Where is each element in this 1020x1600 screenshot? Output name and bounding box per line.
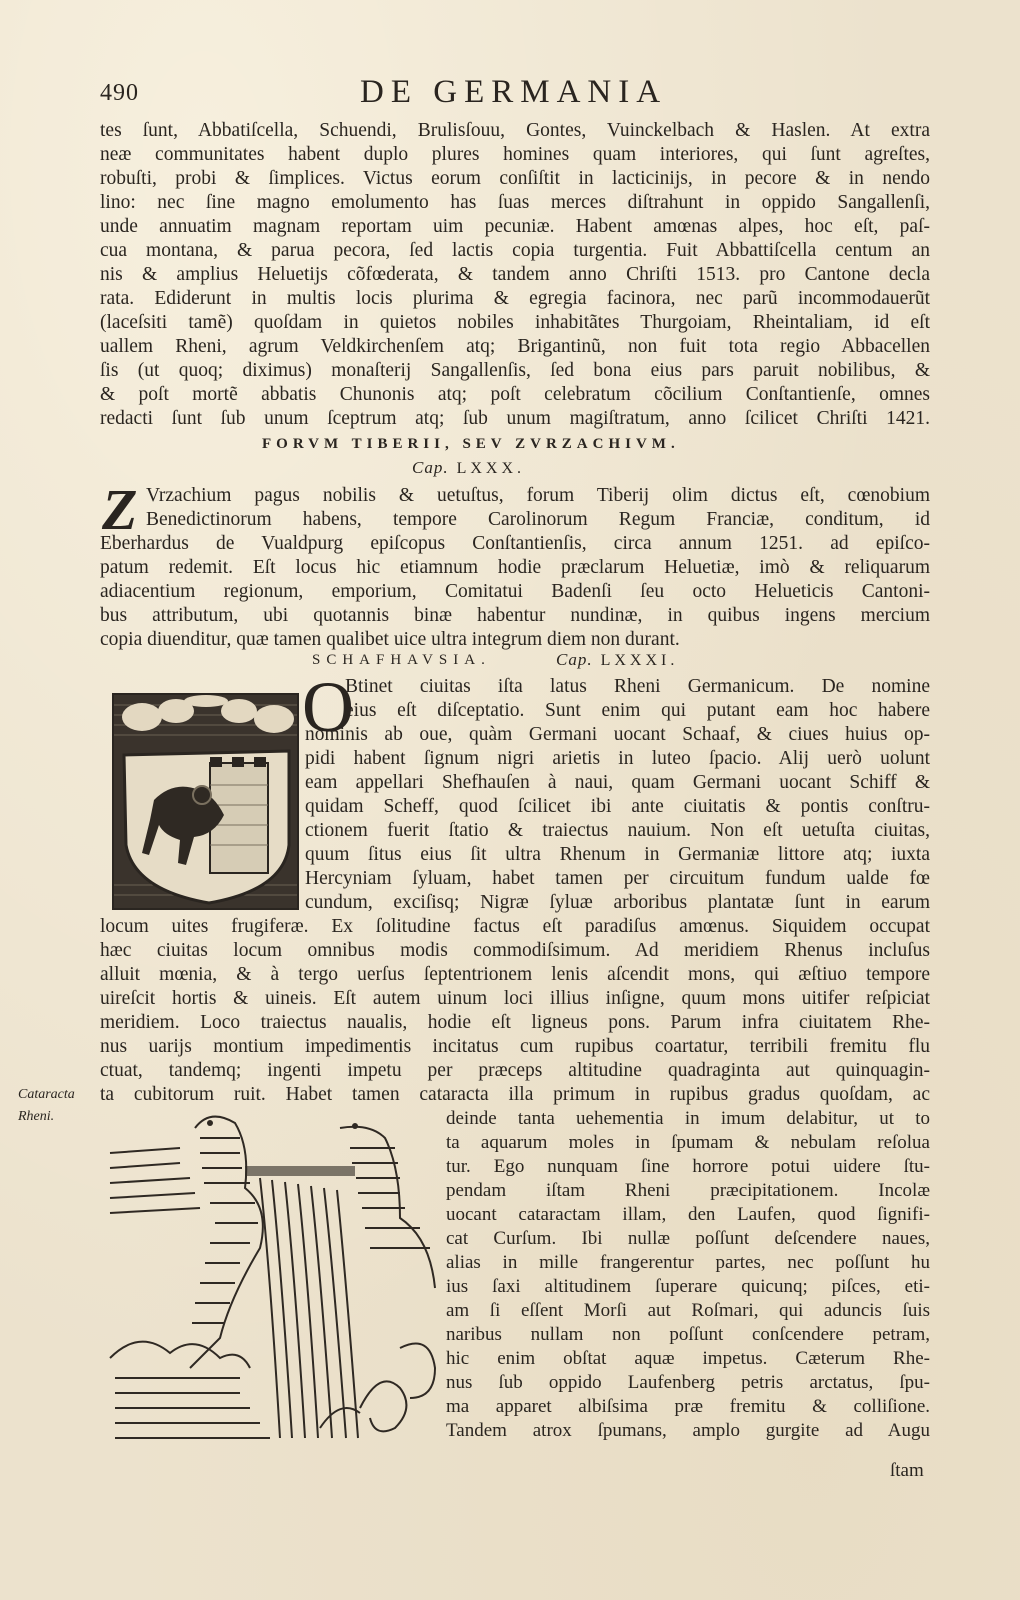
text-line: locum uites frugiferæ. Ex ſolitudine fac… (100, 915, 930, 939)
cap-number: LXXXI. (601, 652, 679, 669)
page-number: 490 (100, 80, 139, 107)
text-line: Tandem atrox ſpumans, amplo gurgite ad A… (446, 1419, 930, 1443)
text-line: copia diuenditur, quæ tamen qualibet uic… (100, 628, 930, 652)
text-line: lino: nec ſine magno emolumento has ſuas… (100, 191, 930, 215)
cap-label: Cap. (412, 458, 449, 477)
text-line: robuſti, probi & ſimplices. Victus eorum… (100, 167, 930, 191)
text-line: (laceſsiti tamẽ) quoſdam in quietos nobi… (100, 311, 930, 335)
text-line: pendam iſtam Rheni præcipitationem. Inco… (446, 1179, 930, 1203)
text-line: hæc ciuitas locum omnibus modis commodiſ… (100, 939, 930, 963)
marginal-note-line: Rheni. (18, 1108, 75, 1126)
text-line: & poſt mortẽ abbatis Chunonis atq; poſt … (100, 383, 930, 407)
text-line: ctuat, tandemq; ingenti impetu per præce… (100, 1059, 930, 1083)
running-head: 490 DE GERMANIA (100, 74, 930, 114)
text-line: eius eſt diſceptatio. Sunt enim qui puta… (345, 699, 930, 723)
book-page: 490 DE GERMANIA tes ſunt, Abbatiſcella, … (0, 0, 1020, 1600)
text-line: quum ſitus eius ſit ultra Rhenum in Germ… (305, 843, 930, 867)
text-line: ſis (ut quoq; diximus) monaſterij Sangal… (100, 359, 930, 383)
text-line: tur. Ego nunquam ſine horrore potui uide… (446, 1155, 930, 1179)
chapter-label: Cap. LXXXI. (556, 650, 678, 670)
rhine-falls-icon (100, 1108, 440, 1450)
text-line: unde annuatim magnam reportam uim pecuni… (100, 215, 930, 239)
text-line: tes ſunt, Abbatiſcella, Schuendi, Brulis… (100, 119, 930, 143)
text-line: redacti ſunt ſub unum ſceptrum atq; ſub … (100, 407, 930, 431)
text-line: alias in mille frangerentur partes, nec … (446, 1251, 930, 1275)
catchword: ſtam (890, 1460, 924, 1482)
text-line: nus uarijs montium impedimentis incitatu… (100, 1035, 930, 1059)
text-line: meridiem. Loco traiectus naualis, hodie … (100, 1011, 930, 1035)
chapter-label: Cap. LXXX. (412, 458, 525, 478)
text-line: ta cubitorum ruit. Habet tamen cataracta… (100, 1083, 930, 1107)
drop-initial-z: Z (102, 487, 144, 533)
text-line: ta aquarum moles in ſpumam & nebulam reſ… (446, 1131, 930, 1155)
text-line: uireſcit hortis & uineis. Eſt autem uinu… (100, 987, 930, 1011)
text-line: uocant cataractam illam, den Laufen, quo… (446, 1203, 930, 1227)
text-line: neæ communitates habent duplo plures hom… (100, 143, 930, 167)
cap-number: LXXX. (457, 460, 525, 477)
text-line: Vrzachium pagus nobilis & uetuſtus, foru… (146, 484, 930, 508)
text-line: eam appellari Shefhauſen à naui, quam Ge… (305, 771, 930, 795)
text-line: cua montana, & parua pecora, ſed lactis … (100, 239, 930, 263)
waterfall-woodcut (100, 1108, 440, 1450)
text-line: naribus nullam non poſſunt conſcendere p… (446, 1323, 930, 1347)
running-title: DE GERMANIA (360, 74, 667, 111)
text-line: deinde tanta uehementia in imum delabitu… (446, 1107, 930, 1131)
text-line: nominis ab oue, quàm Germani uocant Scha… (305, 723, 930, 747)
text-line: patum redemit. Eſt locus hic etiamnum ho… (100, 556, 930, 580)
coat-of-arms-woodcut (112, 693, 299, 910)
text-line: ctionem fuerit ſtatio & traiectus nauium… (305, 819, 930, 843)
text-line: Btinet ciuitas iſta latus Rheni Germanic… (345, 675, 930, 699)
text-line: alluit mœnia, & à tergo uerſus ſeptentri… (100, 963, 930, 987)
text-line: Hercyniam ſyluam, habet tamen per circui… (305, 867, 930, 891)
text-line: cundum, exciſisq; Nigræ ſyluæ arboribus … (305, 891, 930, 915)
text-line: cat Curſum. Ibi nullæ poſſunt deſcendere… (446, 1227, 930, 1251)
cap-label: Cap. (556, 650, 593, 669)
text-line: nus ſub oppido Laufenberg petris arctatu… (446, 1371, 930, 1395)
ram-tower-crest-icon (114, 695, 297, 908)
text-line: Eberhardus de Vualdpurg epiſcopus Conſta… (100, 532, 930, 556)
section-title-zurzach: FORVM TIBERII, SEV ZVRZACHIVM. (262, 436, 680, 453)
text-line: ius ſaxi altitudinem ſuperare quicunq; p… (446, 1275, 930, 1299)
text-line: ma apparet albiſsima præ fremitu & colli… (446, 1395, 930, 1419)
text-line: am ſi eſſent Morſi aut Roſmari, qui adun… (446, 1299, 930, 1323)
text-line: bus attributum, ubi quotannis binæ haben… (100, 604, 930, 628)
text-line: rata. Ediderunt in multis locis plurima … (100, 287, 930, 311)
marginal-note: Cataracta Rheni. (18, 1086, 75, 1126)
text-line: hic enim obſtat aquæ impetus. Cæterum Rh… (446, 1347, 930, 1371)
text-line: Benedictinorum habens, tempore Carolinor… (146, 508, 930, 532)
text-line: pidi habent ſignum nigri arietis in lute… (305, 747, 930, 771)
text-line: uallem Rheni, agrum Veldkirchenſem atq; … (100, 335, 930, 359)
text-line: adiacentium regionum, emporium, Comitatu… (100, 580, 930, 604)
marginal-note-line: Cataracta (18, 1086, 75, 1104)
text-line: quidam Scheff, quod ſcilicet ibi ante ci… (305, 795, 930, 819)
text-line: nis & amplius Heluetijs cõfœderata, & ta… (100, 263, 930, 287)
